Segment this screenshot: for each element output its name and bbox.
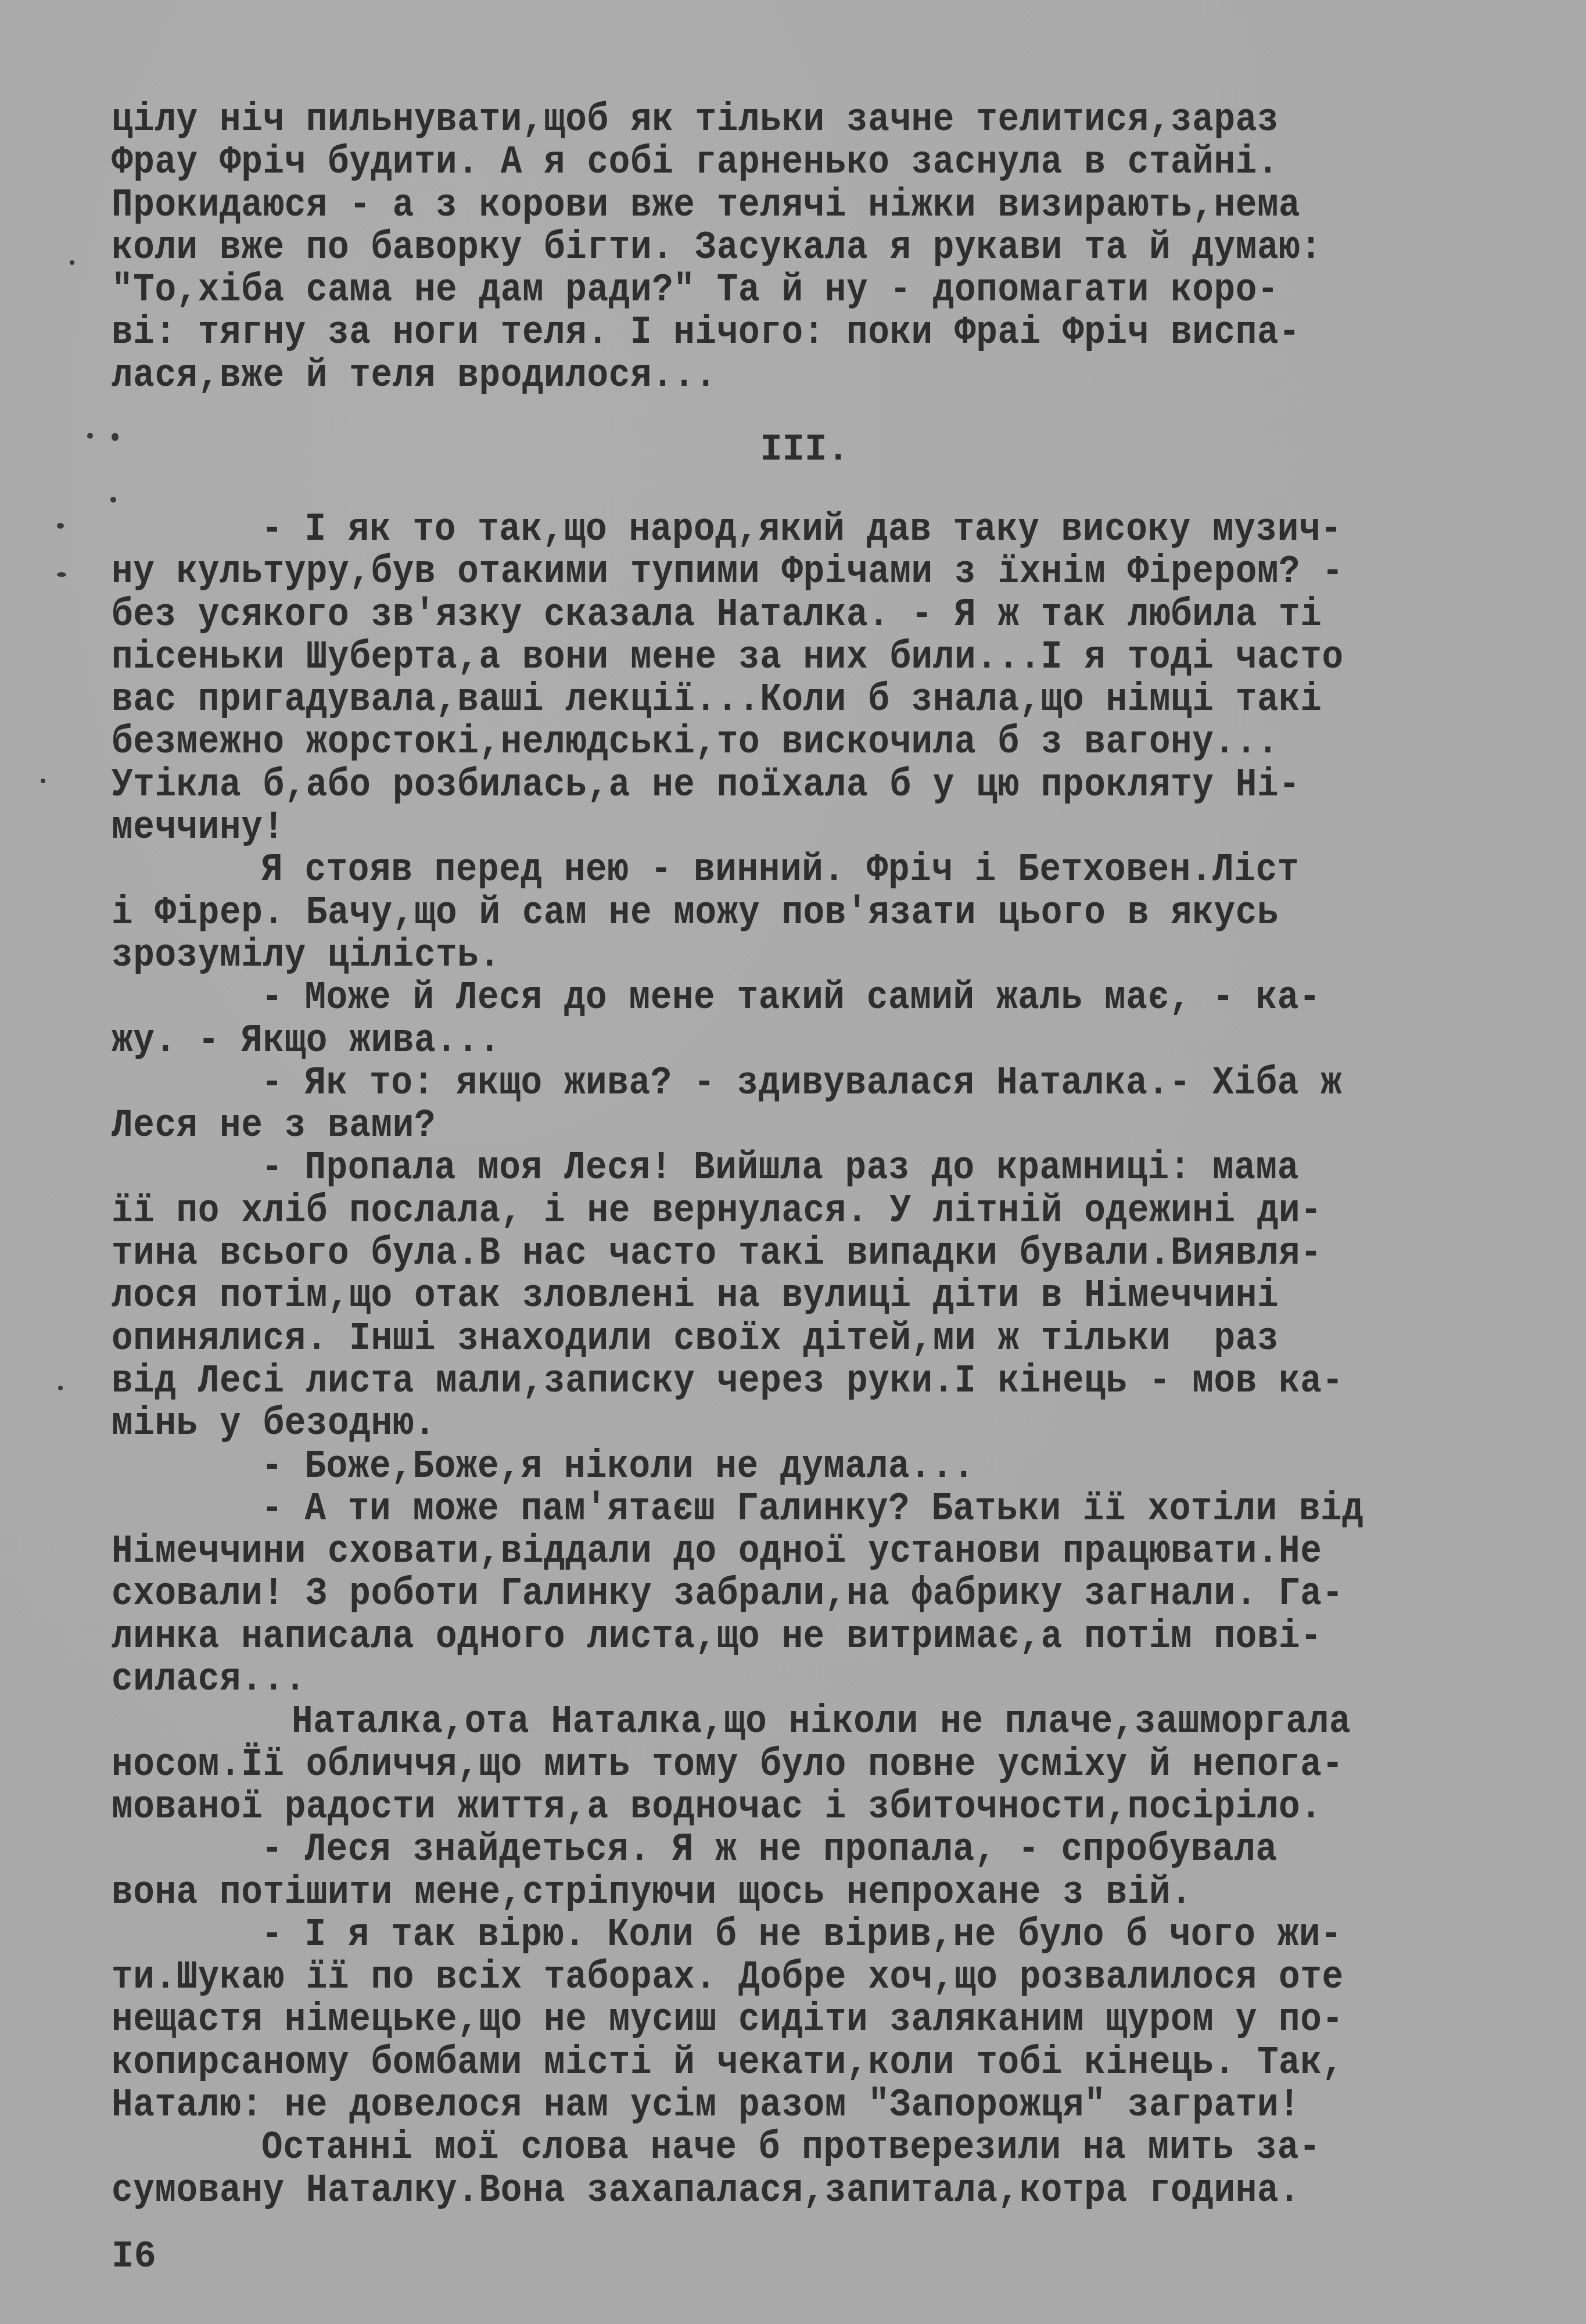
text-line: - Пропала моя Леся! Вийшла раз до крамни… (112, 1145, 1517, 1192)
scan-speck (87, 433, 93, 439)
text-line: Утікла б,або розбилась,а не поїхала б у … (112, 761, 1517, 809)
text-line: носом.Її обличчя,що мить тому було повне… (112, 1741, 1517, 1788)
page-number: I6 (112, 2234, 156, 2280)
text-line: линка написала одного листа,що не витрим… (112, 1613, 1517, 1660)
text-line: сховали! З роботи Галинку забрали,на фаб… (112, 1570, 1517, 1618)
text-line: - І як то так,що народ,який дав таку вис… (112, 506, 1517, 554)
text-line: коли вже по баворку бігти. Засукала я ру… (112, 224, 1517, 271)
text-line: - Як то: якщо жива? - здивувалася Наталк… (112, 1059, 1517, 1107)
scan-speck (41, 779, 45, 783)
text-line: копирсаному бомбами місті й чекати,коли … (112, 2039, 1517, 2086)
text-line: лася,вже й теля вродилося... (112, 352, 1517, 399)
text-line: мінь у безодню. (112, 1400, 1517, 1448)
text-line: - Боже,Боже,я ніколи не думала... (112, 1443, 1517, 1490)
text-line: Німеччини сховати,віддали до одної устан… (112, 1528, 1517, 1576)
text-line: вона потішити мене,стріпуючи щось непрох… (112, 1868, 1517, 1916)
text-line: - Може й Леся до мене такий самий жаль м… (112, 974, 1517, 1022)
text-line: від Лесі листа мали,записку через руки.І… (112, 1358, 1517, 1405)
text-line: Наталка,ота Наталка,що ніколи не плаче,з… (112, 1698, 1517, 1746)
section-2-text: - І як то так,що народ,який дав таку вис… (112, 508, 1517, 2212)
text-line: тина всього була.В нас часто такі випадк… (112, 1230, 1517, 1278)
text-line: вас пригадувала,ваші лекції...Коли б зна… (112, 676, 1517, 724)
text-line: пісеньки Шуберта,а вони мене за них били… (112, 633, 1517, 681)
text-line: Леся не з вами? (112, 1102, 1517, 1150)
section-1-text: цілу ніч пильнувати,щоб як тільки зачне … (112, 99, 1517, 397)
text-line: - І я так вірю. Коли б не вірив,не було … (112, 1911, 1517, 1959)
text-line: опинялися. Інші знаходили своїх дітей,ми… (112, 1315, 1517, 1362)
text-line: нещастя німецьке,що не мусиш сидіти заля… (112, 1996, 1517, 2044)
text-line: мованої радости життя,а водночас і збито… (112, 1784, 1517, 1831)
text-line: Останні мої слова наче б протверезили на… (112, 2124, 1517, 2172)
scanned-page: цілу ніч пильнувати,щоб як тільки зачне … (0, 0, 1586, 2324)
text-line: безмежно жорстокі,нелюдські,то вискочила… (112, 719, 1517, 766)
text-line: ти.Шукаю її по всіх таборах. Добре хоч,щ… (112, 1954, 1517, 2002)
text-line: ві: тягну за ноги теля. І нічого: поки Ф… (112, 309, 1517, 357)
text-line: Фрау Фріч будити. А я собі гарненько зас… (112, 139, 1517, 187)
text-line: сумовану Наталку.Вона захапалася,запитал… (112, 2167, 1517, 2214)
text-line: лося потім,що отак зловлені на вулиці ді… (112, 1272, 1517, 1320)
text-line: цілу ніч пильнувати,щоб як тільки зачне … (112, 96, 1517, 144)
text-line: Наталю: не довелося нам усім разом "Запо… (112, 2082, 1517, 2129)
scan-speck (110, 497, 116, 503)
text-line: ну культуру,був отакими тупими Фрічами з… (112, 548, 1517, 596)
text-line: "То,хіба сама не дам ради?" Та й ну - до… (112, 267, 1517, 314)
text-line: без усякого зв'язку сказала Наталка. - Я… (112, 591, 1517, 639)
scan-speck (57, 572, 66, 577)
text-line: - А ти може пам'ятаєш Галинку? Батьки її… (112, 1485, 1517, 1533)
text-line: Прокидаюся - а з корови вже телячі ніжки… (112, 181, 1517, 229)
text-line: Я стояв перед нею - винний. Фріч і Бетхо… (112, 847, 1517, 894)
text-line: меччину! (112, 804, 1517, 852)
text-line: жу. - Якщо жива... (112, 1017, 1517, 1064)
scan-speck (57, 523, 64, 529)
text-line: - Леся знайдеться. Я ж не пропала, - спр… (112, 1826, 1517, 1874)
scan-speck (112, 433, 119, 441)
text-line: зрозумілу цілість. (112, 932, 1517, 980)
text-line: і Фірер. Бачу,що й сам не можу пов'язати… (112, 889, 1517, 937)
chapter-heading: III. (0, 427, 1586, 474)
text-line: силася... (112, 1656, 1517, 1703)
scan-speck (70, 260, 74, 265)
scan-speck (58, 1386, 63, 1390)
text-line: її по хліб послала, і не вернулася. У лі… (112, 1187, 1517, 1235)
